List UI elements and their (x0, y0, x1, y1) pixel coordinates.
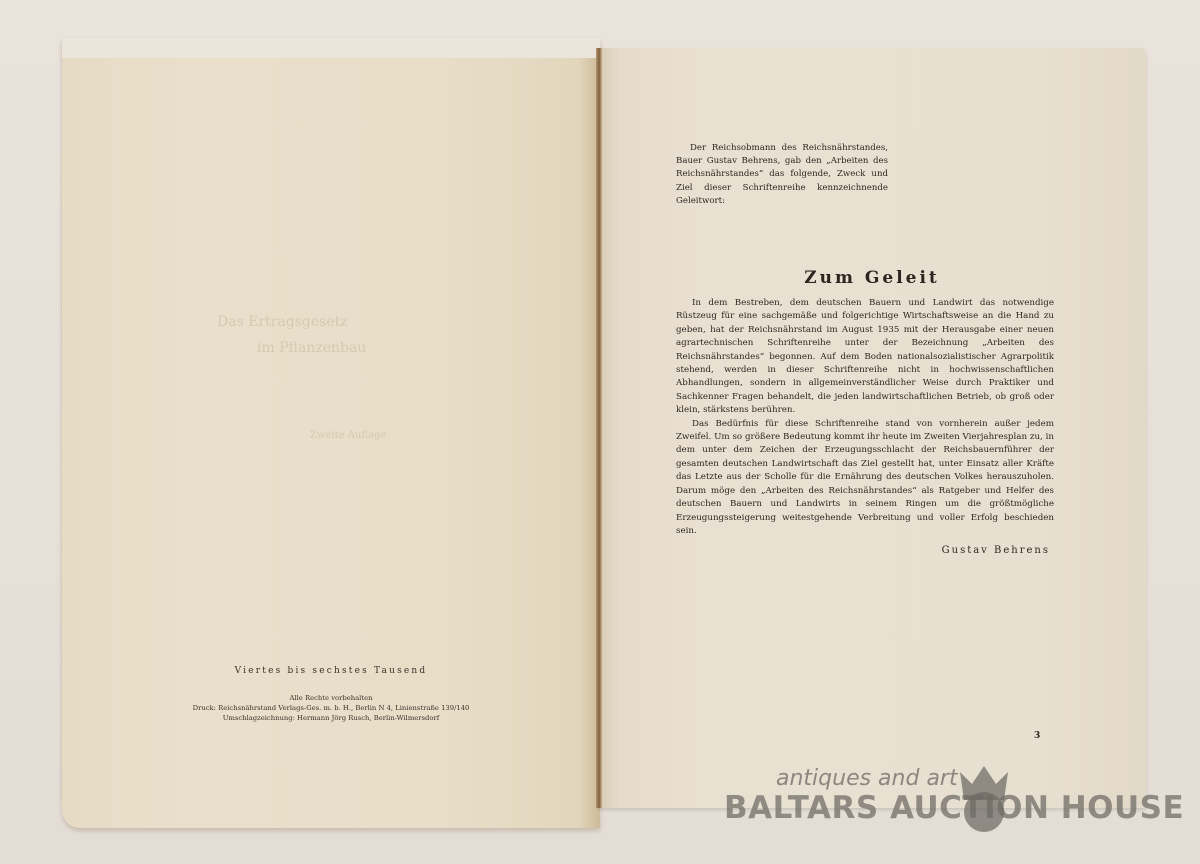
foreword-paragraph-1: In dem Bestreben, dem deutschen Bauern u… (676, 297, 1054, 418)
show-through-text-2: im Pflanzenbau (257, 340, 366, 356)
foreword-paragraph-2: Das Bedürfnis für diese Schriftenreihe s… (676, 418, 1054, 539)
page-number: 3 (1034, 731, 1040, 741)
edition-line: Viertes bis sechstes Tausend (62, 666, 600, 676)
imprint-rights: Alle Rechte vorbehalten (62, 693, 600, 703)
foreword-body: In dem Bestreben, dem deutschen Bauern u… (676, 297, 1054, 538)
show-through-text-1: Das Ertragsgesetz (217, 314, 348, 330)
intro-paragraph: Der Reichsobmann des Reichsnährstandes, … (676, 142, 888, 208)
imprint-block: Alle Rechte vorbehalten Druck: Reichsnäh… (62, 693, 600, 723)
imprint-cover-design: Umschlagzeichnung: Hermann Jörg Rusch, B… (62, 713, 600, 723)
show-through-text-3: Zweite Auflage (310, 430, 386, 441)
imprint-printer: Druck: Reichsnährstand Verlags-Ges. m. b… (62, 703, 600, 713)
page-title: Zum Geleit (598, 268, 1146, 288)
signature: Gustav Behrens (900, 545, 1050, 556)
